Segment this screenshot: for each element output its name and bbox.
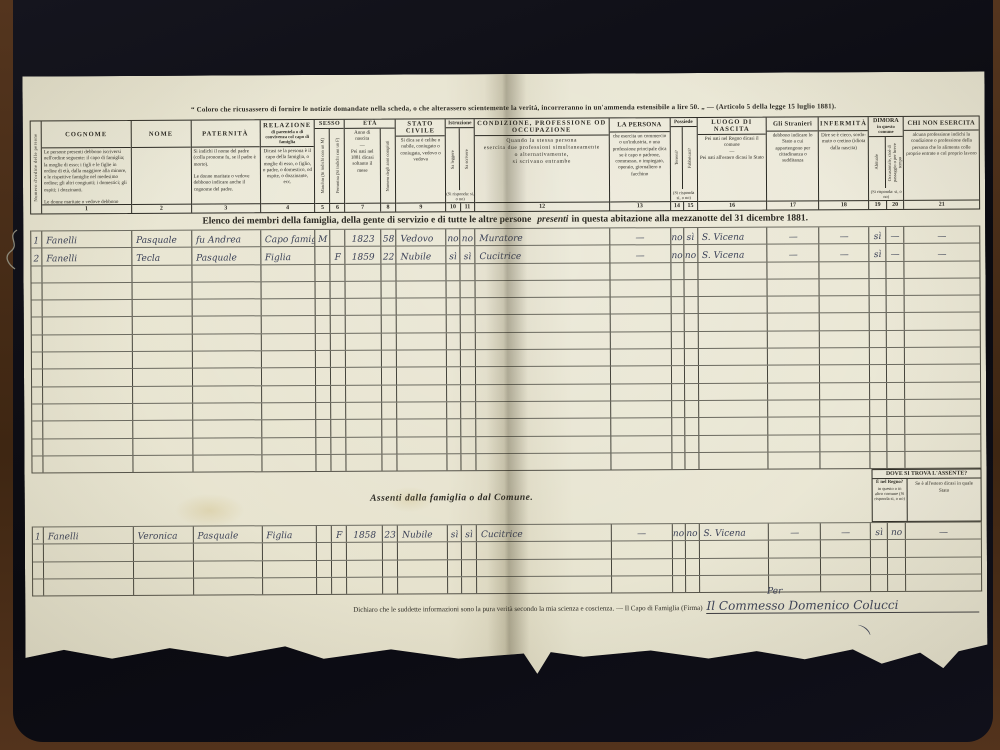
col-title: Gli Stranieri [767,117,818,131]
cell-infermita [820,383,870,400]
cell-cognome [43,300,133,317]
cell-estero: — [906,523,981,540]
col-title: INFERMITÀ [819,117,868,131]
cell-anni [382,351,397,367]
col-title: CONDIZIONE, PROFESSIONE OD OCCUPAZIONE [475,118,609,136]
cell-persona [610,297,671,314]
cell-m [317,437,332,453]
cell-regno_a [888,540,906,556]
cell-stranieri [768,262,820,279]
present-rows: 1FanelliPasqualefu AndreaCapo famigliaM1… [30,226,981,474]
cell-fabbricati [684,314,698,330]
cell-nome [134,579,194,596]
cell-cognome: Fanelli [42,248,132,265]
cell-cognome [43,335,133,352]
cell-fabbricati [685,366,699,382]
cell-luogo [699,435,769,452]
cell-m [316,368,331,384]
cell-fabbricati [686,559,700,575]
cell-terreni: no [671,228,684,244]
col-number: 16 [698,201,767,210]
cell-m [316,351,331,367]
cell-relazione [262,386,317,403]
cell-anno [347,420,383,436]
col-number: 4 [261,203,315,212]
cell-scrive [461,419,476,435]
cell-anno [347,437,383,453]
cell-f [332,403,347,419]
absent-rows: 1FanelliVeronicaPasqualeFigliaF185823Nub… [32,522,982,597]
cell-chi [905,365,980,382]
cell-stato [397,298,447,315]
cell-condizione [476,401,611,418]
cell-num: 1 [33,528,44,544]
cell-cognome [43,317,133,334]
cell-condizione [476,332,611,349]
cell-relazione: Figlia [261,247,316,264]
cell-stranieri [769,452,821,469]
cell-anni [382,403,397,419]
cell-m [317,526,332,542]
cell-paternita [194,578,263,595]
cell-luogo [699,452,769,469]
cell-chi [905,296,980,313]
cell-anno [347,578,383,594]
cell-relazione [261,316,316,333]
cell-fabbricati: no [684,245,698,261]
cell-ab [870,348,887,364]
cell-num [31,266,42,282]
col-la-persona: LA PERSONA che esercita un commercio o u… [609,118,670,210]
cell-fabbricati [686,576,700,592]
cell-stato [397,316,447,333]
cell-luogo [699,418,769,435]
cell-fabbricati [685,384,699,400]
cell-condizione [476,436,611,453]
cell-num [32,387,43,403]
cell-ab [870,383,887,399]
cell-estero [906,540,981,557]
cell-paternita [192,265,261,282]
paper-stain [175,493,245,527]
cell-condizione: Cucitrice [475,246,610,263]
cell-anni [382,385,397,401]
cell-relazione [261,334,316,351]
cell-cognome [43,283,133,300]
cell-anni [383,420,398,436]
col-number: 11 [461,203,475,211]
cell-anni [382,264,397,280]
cell-anno: 1823 [346,230,382,246]
cell-luogo [698,314,768,331]
col-condizione: CONDIZIONE, PROFESSIONE OD OCCUPAZIONE Q… [475,118,610,211]
cell-cognome [44,579,134,596]
cell-persona [612,542,673,559]
cell-anno [346,316,382,332]
cell-condizione [476,315,611,332]
cell-stato [398,577,448,594]
col-dimora-abituale: Abituale [869,137,886,188]
cell-chi: — [904,227,979,244]
cell-f: F [332,526,347,542]
cell-legge [447,402,461,418]
col-title: PATERNITÀ [191,120,259,147]
cell-f [332,455,347,471]
cell-persona: — [610,228,671,245]
cell-relazione [261,282,316,299]
col-sesso-group: SESSO Maschio (Si indichi con un M) Femm… [315,120,345,212]
cell-paternita [193,351,262,368]
cell-paternita [192,334,261,351]
cell-ab [871,435,888,451]
cell-m [316,316,331,332]
cell-relazione [262,420,317,437]
cell-m [317,561,332,577]
census-sheet: “ Coloro che ricusassero di fornire le n… [22,71,987,676]
cell-nome [133,386,193,403]
cell-f [331,368,346,384]
cell-condizione [476,263,611,280]
dove-header: DOVE SI TROVA L'ASSENTE? È nel Regno? in… [872,469,982,523]
row-number-label: Numero d'ordine delle persone [33,133,38,201]
cell-anni: 23 [383,526,398,542]
cell-persona [611,349,672,366]
cell-stato [398,560,448,577]
cell-chi [906,434,981,451]
cell-m [316,334,331,350]
cell-paternita [193,455,262,472]
cell-m [317,403,332,419]
cell-anni [382,316,397,332]
cell-anno [346,299,382,315]
cell-fabbricati [685,418,699,434]
cell-anni [383,560,398,576]
cell-legge: sì [448,525,462,541]
cell-luogo [699,383,769,400]
cell-chi [905,399,980,416]
cell-f [332,437,347,453]
cell-persona [612,559,673,576]
cell-regno_a: no [888,523,906,539]
cell-paternita [193,421,262,438]
cell-oc [888,452,906,468]
cell-scrive [461,264,476,280]
cell-condizione [477,576,612,593]
cell-stranieri [769,400,821,417]
cell-relazione [261,299,316,316]
cell-scrive [461,402,476,418]
cell-scrive [462,543,477,559]
cell-infermita: — [820,227,870,244]
cell-anno [346,264,382,280]
cell-m [317,420,332,436]
cell-legge [447,298,461,314]
cell-legge [447,350,461,366]
cell-ab [871,452,888,468]
cell-f [332,420,347,436]
cell-chi [905,330,980,347]
cell-m [316,299,331,315]
cell-paternita [193,386,262,403]
col-cognome: COGNOME Le persone presenti debbono iscr… [42,121,132,213]
cell-scrive [461,385,476,401]
col-number: 10 [446,203,461,211]
cell-cognome [44,544,134,561]
cell-anno: 1859 [346,247,382,263]
cell-scrive [461,437,476,453]
cell-stato: Nubile [397,247,447,264]
cell-infermita [820,348,870,365]
cell-num [32,352,43,368]
cell-terreni [672,436,685,452]
col-desc: Le persone presenti debbono iscriversi n… [42,148,131,204]
cell-oc: — [886,227,904,243]
cell-stranieri [769,435,821,452]
cell-nome [132,300,192,317]
col-stranieri: Gli Stranieri debbono indicare lo Stato … [767,117,819,209]
cell-terreni [672,401,685,417]
cell-ab [870,262,887,278]
cell-persona [611,418,672,435]
cell-infermita [820,331,870,348]
cell-scrive [461,333,476,349]
cell-cognome [43,387,133,404]
cell-num [33,545,44,561]
cell-estero [906,575,981,592]
col-title: COGNOME [42,121,131,148]
cell-num: 2 [31,249,42,265]
cell-condizione [477,542,612,559]
cell-scrive [462,454,477,470]
cell-stato [397,264,447,281]
col-eta-group: ETÀ Anno di nascita — Pei nati nel 1881 … [345,120,396,212]
col-number: 20 [887,201,904,209]
penalty-note: “ Coloro che ricusassero di fornire le n… [63,102,965,115]
cell-m [317,578,332,594]
cell-persona: — [610,245,671,262]
cell-infermita [821,417,871,434]
cell-paternita [193,438,262,455]
cell-legge [447,333,461,349]
margin-pen-mark [1,228,25,274]
cell-infermita: — [820,244,870,261]
cell-relazione [261,351,316,368]
cell-terreni [672,366,685,382]
cell-luogo [698,280,768,297]
cell-anno [347,455,383,471]
col-desc: Si dica se è celibe o nubile, coniugato … [396,136,445,202]
cell-paternita [193,369,262,386]
cell-cognome [43,369,133,386]
cell-anno [347,560,383,576]
cell-scrive [461,368,476,384]
cell-infermita [821,541,871,558]
col-number: 1 [42,204,131,213]
cell-luogo [698,262,768,279]
cell-scrive [462,577,477,593]
cell-paternita [192,299,261,316]
table-header-row: Numero d'ordine delle persone COGNOME Le… [30,116,980,215]
col-title: RELAZIONE di parentela o di convivenza c… [260,120,314,147]
declaration: Dichiaro che le suddette informazioni so… [353,598,979,616]
cell-scrive: sì [460,246,475,262]
cell-nome: Veronica [134,527,194,544]
signature: Il Commesso Domenico Colucci [706,598,979,614]
cell-legge [448,560,462,576]
col-anno-nascita: Anno di nascita — Pei nati nel 1881 dica… [345,129,381,212]
cell-infermita [820,365,870,382]
cell-terreni: no [672,524,685,540]
cell-m [316,247,331,263]
cell-scrive: sì [462,525,477,541]
cell-paternita: Pasquale [193,526,262,543]
col-desc: Si indichi il nome del padre (colla pron… [191,147,259,203]
cell-chi: — [905,244,980,261]
cell-regno_a [888,558,906,574]
cell-condizione [476,280,611,297]
cell-ab [870,313,887,329]
col-number: 14 [671,202,685,210]
cell-stato: Vedovo [396,229,446,246]
cell-anno [346,351,382,367]
cell-stranieri [768,297,820,314]
cell-stato [398,543,448,560]
cell-num [33,562,44,578]
col-chi-non-esercita: CHI NON ESERCITA alcuna professione indi… [904,117,979,209]
cell-persona [610,263,671,280]
cell-f [332,578,347,594]
cell-relazione [263,578,318,595]
cell-persona [611,384,672,401]
cell-anni: 58 [382,230,397,246]
cell-num [32,404,43,420]
cell-anni [382,333,397,349]
cell-num [32,335,43,351]
cell-chi [905,313,980,330]
cell-stranieri: — [768,227,820,244]
cell-nome [133,421,193,438]
cell-stato [397,402,447,419]
cell-cognome [43,352,133,369]
cell-ab: sì [870,244,887,260]
cell-fabbricati: no [685,524,699,540]
cell-terreni [673,576,686,592]
col-sa-leggere: Sa leggere [446,128,460,190]
cell-anno [346,333,382,349]
cell-cognome [43,439,133,456]
cell-luogo [698,297,768,314]
col-nome: NOME 2 [131,121,191,213]
cell-cognome: Fanelli [42,231,132,248]
cell-stato [397,281,447,298]
cell-infermita [821,452,871,469]
cell-oc [887,383,905,399]
cell-f [332,561,347,577]
cell-condizione [477,559,612,576]
cell-estero [906,557,981,574]
cell-f [332,543,347,559]
cell-regno_q [871,540,888,556]
cell-terreni [671,297,684,313]
cell-regno_a [888,575,906,591]
cell-regno_q [871,575,888,591]
cell-chi [906,451,981,468]
cell-legge [447,281,461,297]
cell-legge [447,264,461,280]
cell-condizione [476,419,611,436]
cell-luogo [699,541,769,558]
cell-stranieri: — [768,245,820,262]
col-number: 17 [768,200,819,209]
cell-nome [133,352,193,369]
cell-terreni: no [671,245,684,261]
cell-oc [887,348,905,364]
cell-cognome [44,562,134,579]
cell-stato [398,437,448,454]
cell-f [331,334,346,350]
cell-anni [382,368,397,384]
col-dimora-group: DIMORA in questo comune Abituale Occasio… [869,117,904,209]
census-table: Numero d'ordine delle persone COGNOME Le… [30,116,982,597]
cell-nome [132,317,192,334]
cell-relazione: Figlia [262,526,317,543]
cell-anno: 1858 [347,526,383,542]
cell-stato [397,420,447,437]
cell-fabbricati [685,453,699,469]
col-luogo-nascita: LUOGO DI NASCITA Pei nati nel Regno dica… [697,118,767,210]
cell-legge [447,385,461,401]
cell-infermita: — [821,523,871,540]
cell-infermita [821,435,871,452]
cell-stato [397,385,447,402]
cell-luogo [700,576,770,593]
cell-stranieri: — [769,524,821,541]
col-anni-compiuti: Numero degli anni compiuti 8 [380,129,395,212]
cell-paternita [192,282,261,299]
col-number: 8 [381,203,396,212]
cell-persona [611,367,672,384]
cell-legge [447,419,461,435]
col-number: 7 [345,203,379,212]
cell-f [331,282,346,298]
cell-fabbricati [686,541,700,557]
cell-legge [447,437,461,453]
cell-m [316,282,331,298]
cell-anni [383,454,398,470]
cell-condizione [477,453,612,470]
handwritten-insert: Per [767,587,782,597]
cell-ab [870,296,887,312]
cell-paternita [194,544,263,561]
cell-condizione [476,367,611,384]
cell-terreni [672,384,685,400]
cell-legge: sì [446,247,460,263]
cell-ab [870,365,887,381]
paper-stain [385,486,435,512]
cell-f [331,386,346,402]
cell-f [331,316,346,332]
cell-oc [887,417,905,433]
cell-f [331,264,346,280]
cell-chi [905,278,980,295]
cell-persona [611,453,672,470]
col-desc [132,148,191,204]
col-relazione: RELAZIONE di parentela o di convivenza c… [260,120,315,212]
cell-ab [870,331,887,347]
cell-terreni [673,542,686,558]
col-desc: alcuna professione indichi la condizione… [904,131,979,200]
col-title: NOME [131,121,190,148]
